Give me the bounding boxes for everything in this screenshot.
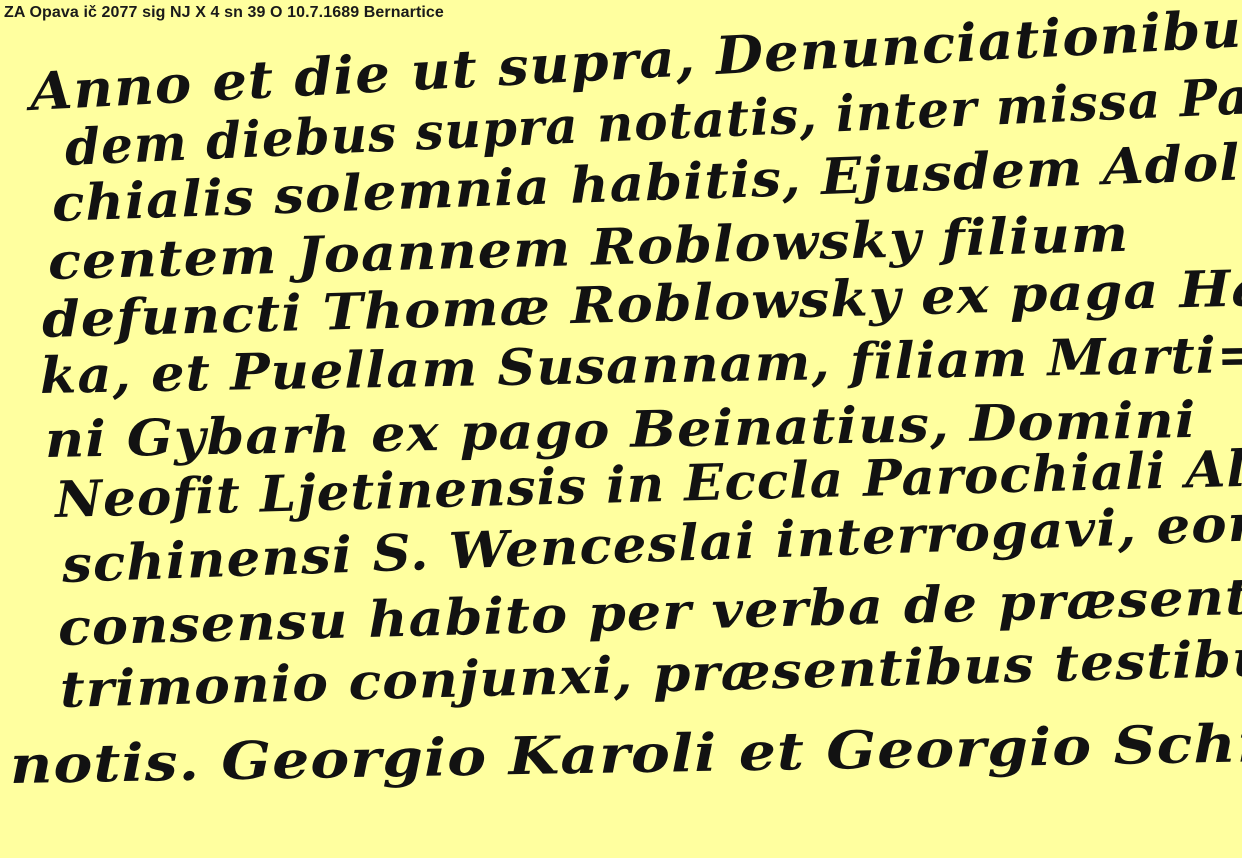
manuscript-line: notis. Georgio Karoli et Georgio Schnupf…: [9, 709, 1242, 796]
handwritten-manuscript: Anno et die ut supra, Denunciationibus i…: [0, 0, 1242, 858]
